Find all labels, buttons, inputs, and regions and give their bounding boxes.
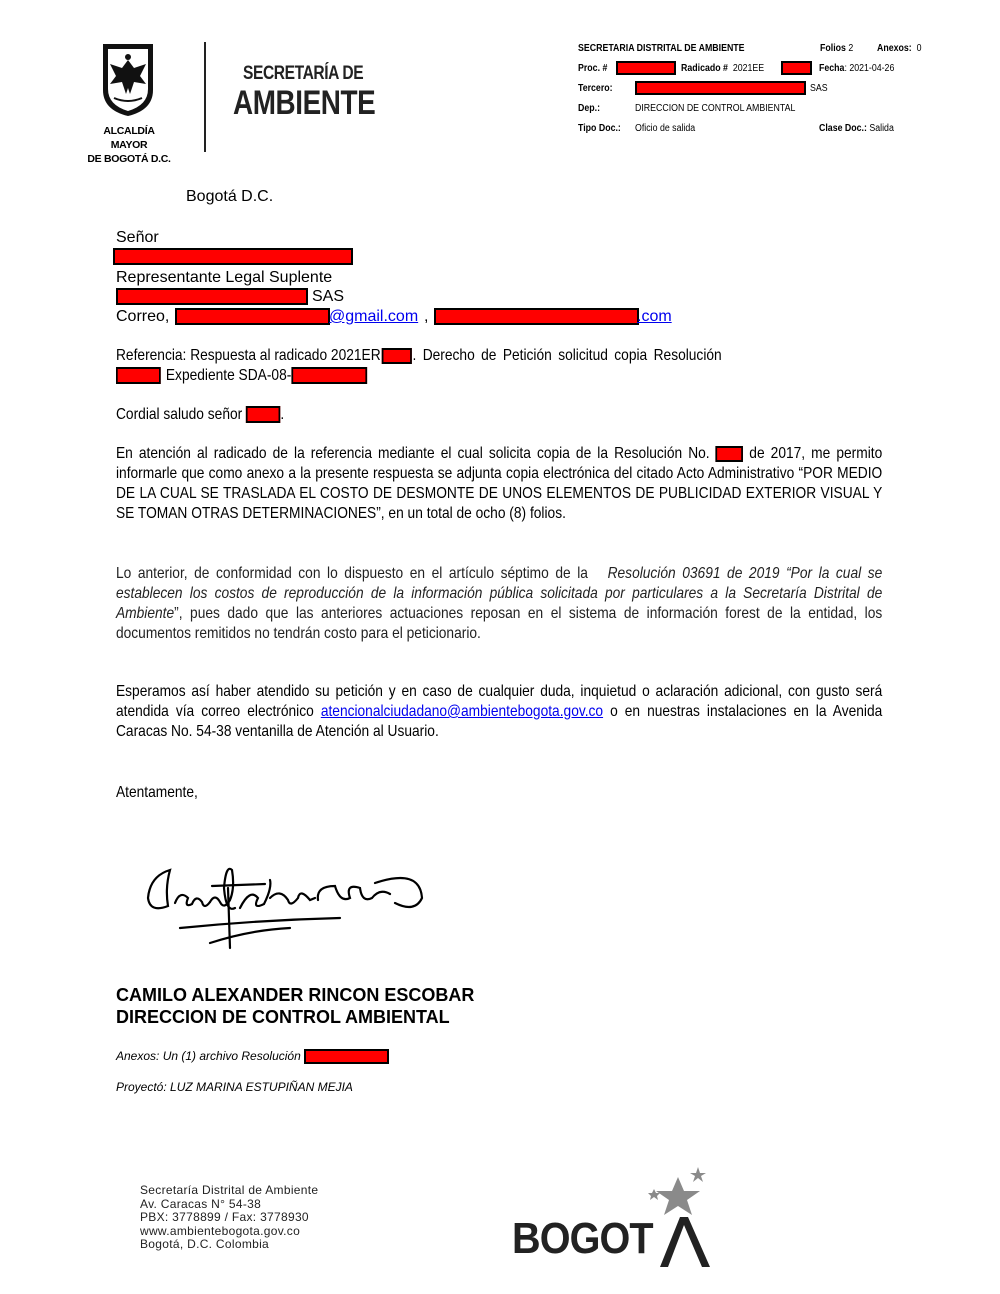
reference-line2: Expediente SDA-08- xyxy=(116,366,367,386)
bogota-stars-logo-icon xyxy=(640,1165,715,1270)
redaction-box xyxy=(781,61,812,75)
redaction-box xyxy=(116,367,161,384)
meta-dep-value: DIRECCION DE CONTROL AMBIENTAL xyxy=(635,103,795,114)
meta-anexos: Anexos: 0 xyxy=(877,43,922,54)
meta-folios: Folios 2 xyxy=(820,43,853,54)
footer-address: Secretaría Distrital de Ambiente Av. Car… xyxy=(140,1184,318,1252)
secretaria-title-line1: SECRETARÍA DE xyxy=(243,63,363,85)
redaction-box xyxy=(175,308,330,325)
redaction-box xyxy=(434,308,639,325)
alcaldia-line1: ALCALDÍA MAYOR xyxy=(84,124,174,152)
redaction-box xyxy=(246,406,280,423)
atencion-email-link[interactable]: atencionalciudadano@ambientebogota.gov.c… xyxy=(321,703,603,720)
alcaldia-line2: DE BOGOTÁ D.C. xyxy=(84,152,174,166)
secretaria-title-line2: AMBIENTE xyxy=(233,84,375,123)
meta-tipo-label: Tipo Doc.: xyxy=(578,123,621,134)
redaction-box xyxy=(716,446,744,462)
paragraph-1: En atención al radicado de la referencia… xyxy=(116,444,882,524)
redaction-box xyxy=(113,248,353,265)
alcaldia-logo-text: ALCALDÍA MAYOR DE BOGOTÁ D.C. xyxy=(84,124,174,166)
handwritten-signature-icon xyxy=(140,858,430,953)
signer-name: CAMILO ALEXANDER RINCON ESCOBAR xyxy=(116,985,474,1006)
redaction-box xyxy=(635,81,806,95)
redaction-box xyxy=(616,61,676,75)
footer-line: PBX: 3778899 / Fax: 3778930 xyxy=(140,1211,318,1225)
salutation-title: Señor xyxy=(116,228,159,248)
meta-dep-label: Dep.: xyxy=(578,103,600,114)
meta-proc-label: Proc. # xyxy=(578,63,607,74)
closing: Atentamente, xyxy=(116,783,198,803)
anexos-note: Anexos: Un (1) archivo Resolución xyxy=(116,1049,389,1064)
paragraph-3: Esperamos así haber atendido su petición… xyxy=(116,682,882,742)
redaction-box xyxy=(382,348,412,364)
bogota-logo-text: BOGOT xyxy=(512,1214,653,1264)
email-label: Correo, xyxy=(116,307,169,327)
recipient-role: Representante Legal Suplente xyxy=(116,268,332,288)
footer-line: Bogotá, D.C. Colombia xyxy=(140,1238,318,1252)
proyecto-note: Proyectó: LUZ MARINA ESTUPIÑAN MEJIA xyxy=(116,1080,353,1094)
meta-tipo-value: Oficio de salida xyxy=(635,123,695,134)
logo-divider xyxy=(204,42,206,152)
footer-line: www.ambientebogota.gov.co xyxy=(140,1225,318,1239)
redaction-box xyxy=(304,1049,389,1064)
footer-line: Secretaría Distrital de Ambiente xyxy=(140,1184,318,1198)
meta-fecha: Fecha: 2021-04-26 xyxy=(819,63,894,74)
redaction-box xyxy=(291,367,367,384)
reference-line1: Referencia: Respuesta al radicado 2021ER… xyxy=(116,346,881,366)
signer-department: DIRECCION DE CONTROL AMBIENTAL xyxy=(116,1007,450,1028)
meta-entity: SECRETARIA DISTRITAL DE AMBIENTE xyxy=(578,43,745,54)
coat-of-arms-icon xyxy=(100,42,156,118)
footer-line: Av. Caracas N° 54-38 xyxy=(140,1198,318,1212)
email2-link[interactable]: .com xyxy=(637,307,672,327)
paragraph-2: Lo anterior, de conformidad con lo dispu… xyxy=(116,564,882,644)
meta-radicado: Radicado # 2021EE xyxy=(681,63,764,74)
company-suffix: SAS xyxy=(312,287,344,307)
meta-tercero-suffix: SAS xyxy=(810,83,828,94)
meta-tercero-label: Tercero: xyxy=(578,83,613,94)
meta-clase: Clase Doc.: Salida xyxy=(819,123,894,134)
email1-link[interactable]: @gmail.com xyxy=(329,307,418,327)
redaction-box xyxy=(116,288,308,305)
email-separator: , xyxy=(424,307,428,327)
greeting: Cordial saludo señor . xyxy=(116,405,284,425)
letter-city: Bogotá D.C. xyxy=(186,187,273,207)
